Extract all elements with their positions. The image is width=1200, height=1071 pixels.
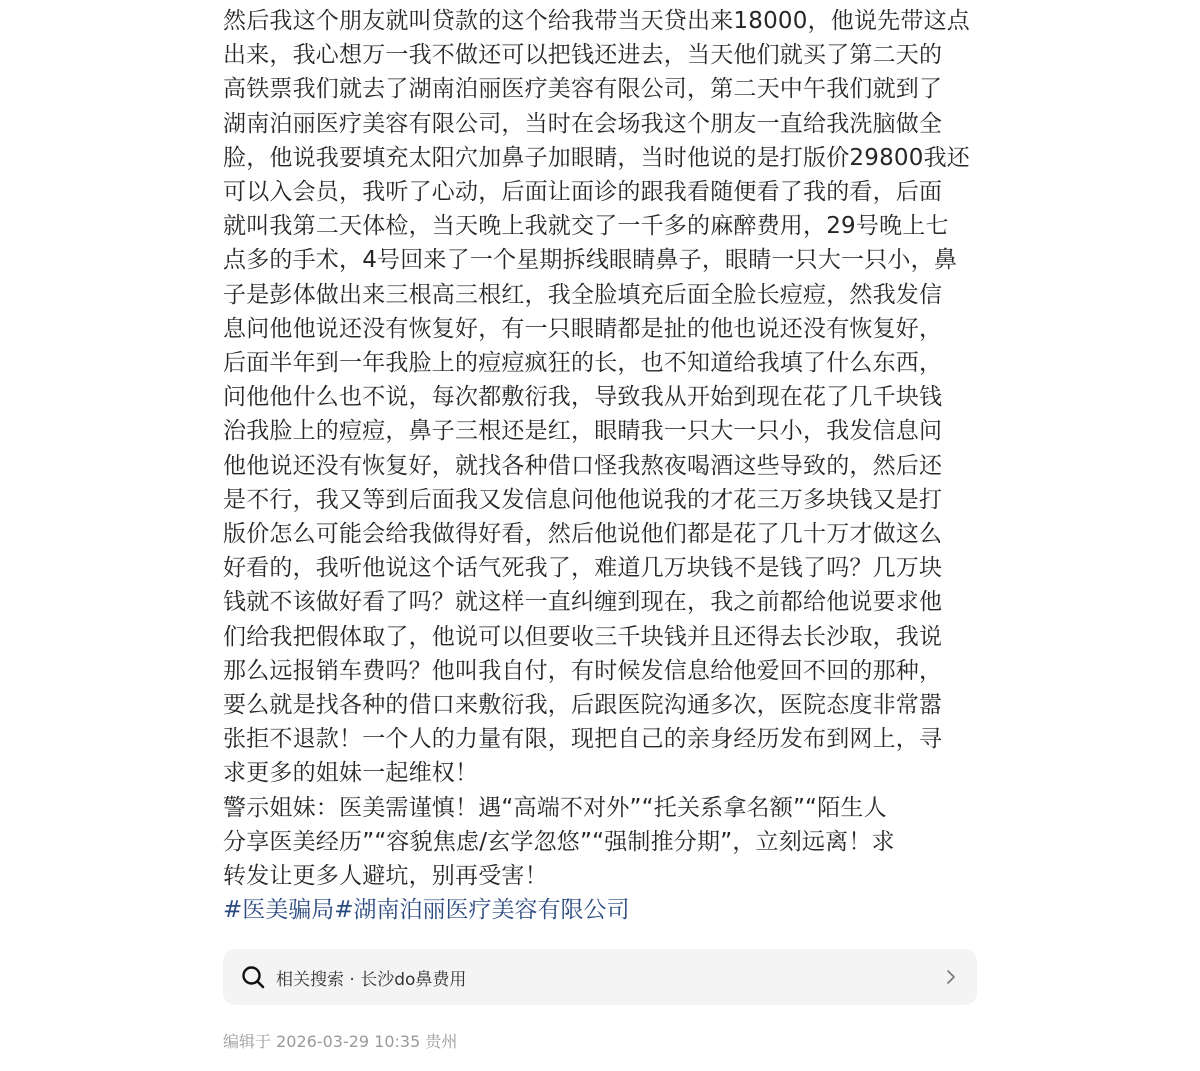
post-line: 可以入会员，我听了心动，后面让面诊的跟我看随便看了我的看，后面: [223, 175, 983, 209]
hashtag-row: #医美骗局#湖南泊丽医疗美容有限公司: [223, 893, 983, 927]
search-icon: [240, 964, 266, 990]
post-line: 版价怎么可能会给我做得好看，然后他说他们都是花了几十万才做这么: [223, 517, 983, 551]
post-line: 好看的，我听他说这个话气死我了，难道几万块钱不是钱了吗？几万块: [223, 551, 983, 585]
related-search-button[interactable]: 相关搜索 · 长沙do鼻费用: [223, 949, 977, 1005]
warning-line: 转发让更多人避坑，别再受害！: [223, 859, 983, 893]
edit-timestamp-location: 编辑于 2026-03-29 10:35 贵州: [223, 1029, 457, 1052]
post-line: 就叫我第二天体检，当天晚上我就交了一千多的麻醉费用，29号晚上七: [223, 209, 983, 243]
post-line: 他他说还没有恢复好，就找各种借口怪我熬夜喝酒这些导致的，然后还: [223, 449, 983, 483]
warning-line: 警示姐妹：医美需谨慎！遇“高端不对外”“托关系拿名额”“陌生人: [223, 791, 983, 825]
post-line: 息问他他说还没有恢复好，有一只眼睛都是扯的他也说还没有恢复好，: [223, 312, 983, 346]
warning-line: 分享医美经历”“容貌焦虑/玄学忽悠”“强制推分期”，立刻远离！求: [223, 825, 983, 859]
post-line: 湖南泊丽医疗美容有限公司，当时在会场我这个朋友一直给我洗脑做全: [223, 107, 983, 141]
post-line: 点多的手术，4号回来了一个星期拆线眼睛鼻子，眼睛一只大一只小，鼻: [223, 243, 983, 277]
post-line: 治我脸上的痘痘，鼻子三根还是红，眼睛我一只大一只小，我发信息问: [223, 414, 983, 448]
post-line: 高铁票我们就去了湖南泊丽医疗美容有限公司，第二天中午我们就到了: [223, 72, 983, 106]
hashtag-link-clinic[interactable]: #湖南泊丽医疗美容有限公司: [334, 897, 629, 923]
post-line: 要么就是找各种的借口来敷衍我，后跟医院沟通多次，医院态度非常嚣: [223, 688, 983, 722]
post-line: 们给我把假体取了，他说可以但要收三千块钱并且还得去长沙取，我说: [223, 620, 983, 654]
post-line: 求更多的姐妹一起维权！: [223, 756, 983, 790]
post-line: 问他他什么也不说，每次都敷衍我，导致我从开始到现在花了几千块钱: [223, 380, 983, 414]
post-line: 脸，他说我要填充太阳穴加鼻子加眼睛，当时他说的是打版价29800我还: [223, 141, 983, 175]
post-line: 钱就不该做好看了吗？就这样一直纠缠到现在，我之前都给他说要求他: [223, 585, 983, 619]
post-body: 然后我这个朋友就叫贷款的这个给我带当天贷出来18000，他说先带这点 出来，我心…: [223, 4, 983, 893]
post-line: 那么远报销车费吗？他叫我自付，有时候发信息给他爱回不回的那种，: [223, 654, 983, 688]
post-line: 出来，我心想万一我不做还可以把钱还进去，当天他们就买了第二天的: [223, 38, 983, 72]
post-line: 子是彭体做出来三根高三根红，我全脸填充后面全脸长痘痘，然我发信: [223, 278, 983, 312]
post-line: 是不行，我又等到后面我又发信息问他他说我的才花三万多块钱又是打: [223, 483, 983, 517]
post-line: 然后我这个朋友就叫贷款的这个给我带当天贷出来18000，他说先带这点: [223, 4, 983, 38]
post-line: 张拒不退款！一个人的力量有限，现把自己的亲身经历发布到网上，寻: [223, 722, 983, 756]
chevron-right-icon: [945, 967, 957, 987]
post-line: 后面半年到一年我脸上的痘痘疯狂的长，也不知道给我填了什么东西，: [223, 346, 983, 380]
post-article: 然后我这个朋友就叫贷款的这个给我带当天贷出来18000，他说先带这点 出来，我心…: [223, 4, 983, 927]
hashtag-link-scam[interactable]: #医美骗局: [223, 897, 334, 923]
related-search-label: 相关搜索 · 长沙do鼻费用: [276, 965, 466, 990]
